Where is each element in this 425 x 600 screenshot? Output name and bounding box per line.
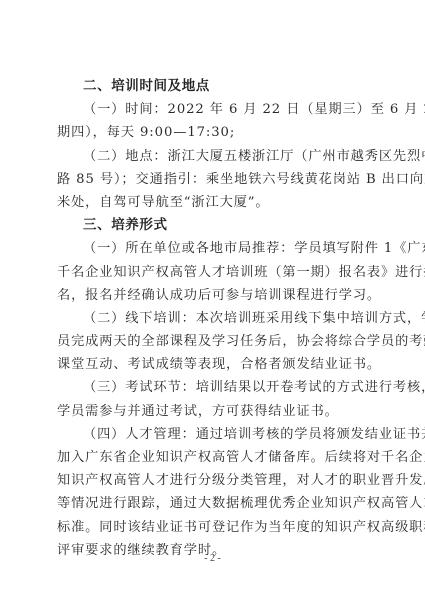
paragraph-talent-management-line-1: （四）人才管理：通过培训考核的学员将颁发结业证书并 (57, 423, 369, 446)
paragraph-exam-line-2: 学员需参与并通过考试，方可获得结业证书。 (57, 400, 369, 423)
paragraph-offline-training-line-3: 课堂互动、考试成绩等表现，合格者颁发结业证书。 (57, 353, 369, 376)
paragraph-location-line-3: 米处，自驾可导航至“浙江大厦”。 (57, 191, 369, 214)
paragraph-talent-management-line-3: 知识产权高管人才进行分级分类管理，对人才的职业晋升发展 (57, 469, 369, 492)
paragraph-offline-training-line-2: 员完成两天的全部课程及学习任务后，协会将综合学员的考勤、 (57, 330, 369, 353)
paragraph-talent-management-line-4: 等情况进行跟踪，通过大数据梳理优秀企业知识产权高管人才 (57, 492, 369, 515)
paragraph-offline-training-line-1: （二）线下培训：本次培训班采用线下集中培训方式，学 (57, 307, 369, 330)
paragraph-location-line-2: 路 85 号）；交通指引：乘坐地铁六号线黄花岗站 B 出口向左 100 (57, 168, 369, 191)
section-heading-training-format: 三、培养形式 (57, 214, 369, 237)
paragraph-time-line-1: （一）时间：2022 年 6 月 22 日（星期三）至 6 月 23 日（星 (57, 98, 369, 121)
paragraph-recommendation-line-3: 名，报名并经确认成功后可参与培训课程进行学习。 (57, 284, 369, 307)
paragraph-recommendation-line-2: 千名企业知识产权高管人才培训班（第一期）报名表》进行报 (57, 261, 369, 284)
page-number: - 2 - (0, 553, 425, 564)
section-heading-training-time-location: 二、培训时间及地点 (57, 75, 369, 98)
paragraph-exam-line-1: （三）考试环节：培训结果以开卷考试的方式进行考核， (57, 376, 369, 399)
paragraph-talent-management-line-2: 加入广东省企业知识产权高管人才储备库。后续将对千名企业 (57, 446, 369, 469)
paragraph-time-line-2: 期四），每天 9:00—17:30; (57, 121, 369, 144)
document-page: 二、培训时间及地点 （一）时间：2022 年 6 月 22 日（星期三）至 6 … (0, 0, 425, 600)
paragraph-talent-management-line-5: 标准。同时该结业证书可登记作为当年度的知识产权高级职称 (57, 516, 369, 539)
paragraph-location-line-1: （二）地点：浙江大厦五楼浙江厅（广州市越秀区先烈中 (57, 145, 369, 168)
paragraph-recommendation-line-1: （一）所在单位或各地市局推荐：学员填写附件 1《广东省 (57, 237, 369, 260)
document-body: 二、培训时间及地点 （一）时间：2022 年 6 月 22 日（星期三）至 6 … (57, 75, 369, 562)
